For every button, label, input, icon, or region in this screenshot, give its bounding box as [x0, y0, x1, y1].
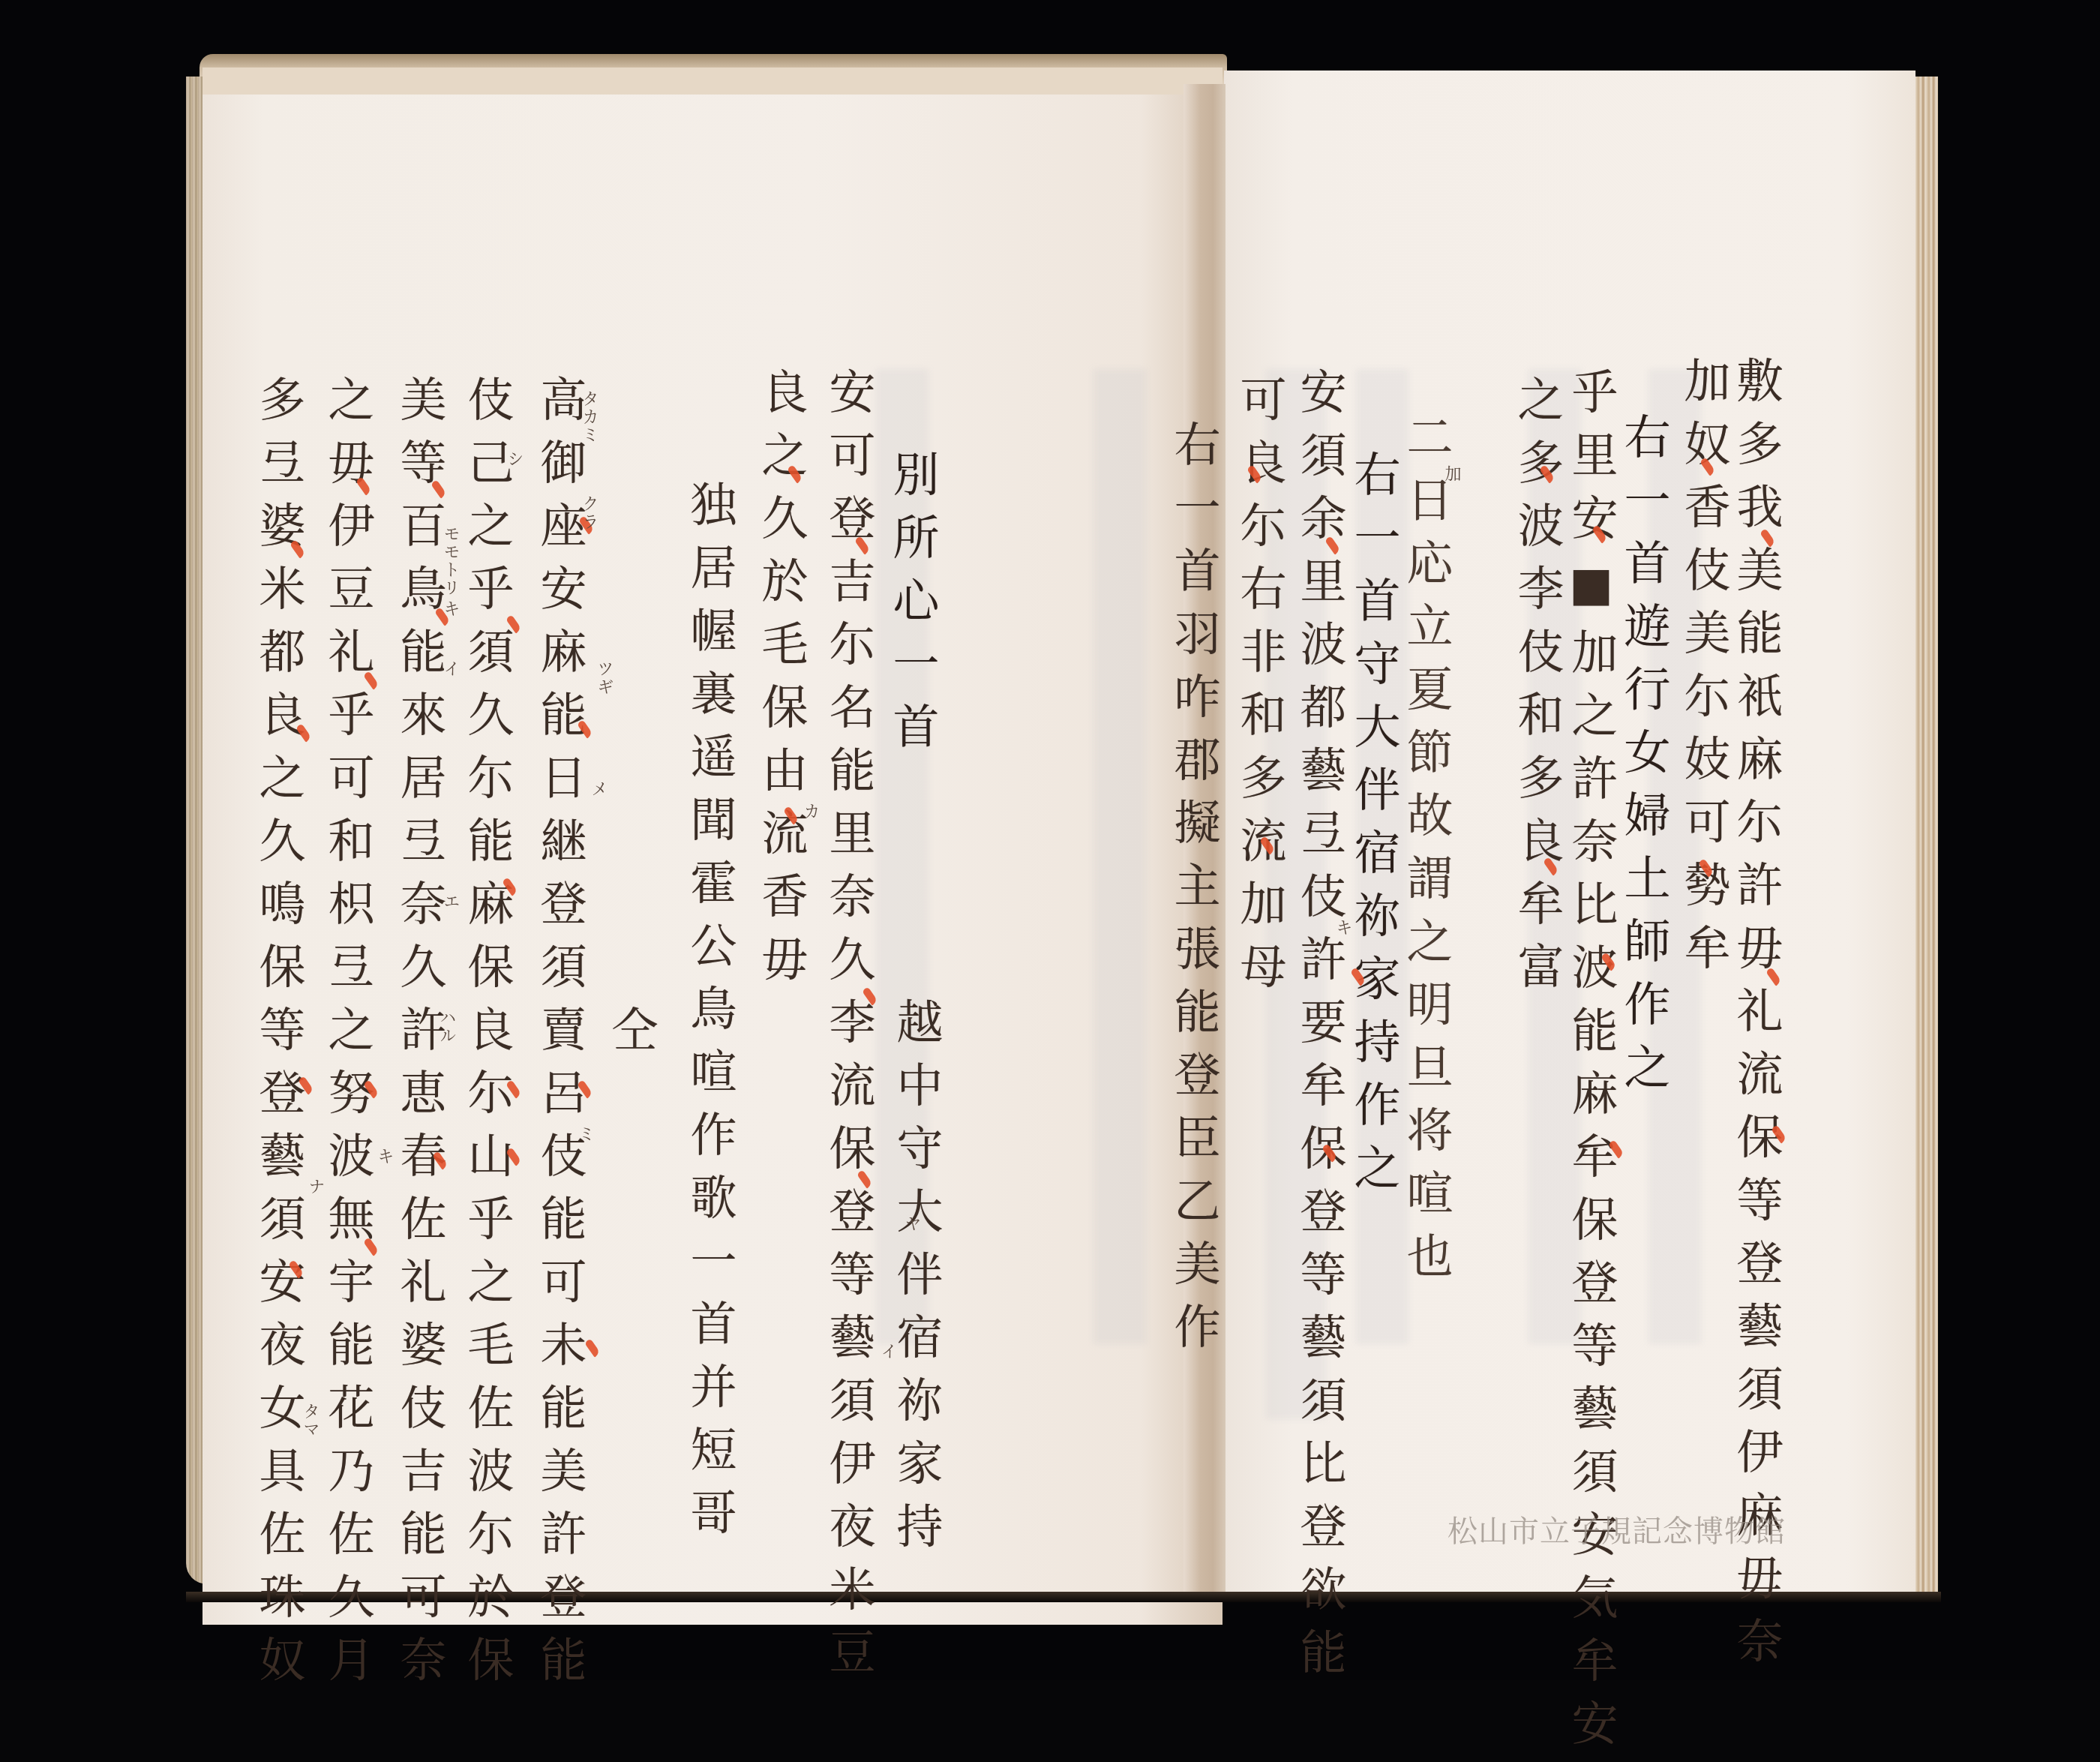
photo-background: 敷多我美能衹麻尓許毋礼流保等登藝須伊麻毋奈 加奴香伎美尓妓可勢牟 右一首遊行女婦… — [0, 0, 2100, 1680]
text-column: 加奴香伎美尓妓可勢牟 — [1680, 356, 1726, 986]
ruby-annotation: イ — [439, 660, 462, 678]
ruby-annotation: キ — [373, 1148, 396, 1166]
text-column: 乎里安■加之許奈比波能麻牟保登等藝須安気牟安 — [1567, 368, 1614, 1680]
text-column: 独居幄裏遥聞霍公鳥喧作歌一首并短哥 — [686, 480, 733, 1551]
ruby-annotation: イ — [876, 1343, 899, 1361]
ruby-annotation: モモトリ — [439, 525, 462, 597]
text-column: 右一首遊行女婦土師作之 — [1620, 413, 1666, 1106]
text-column: 安可登吉尓名能里奈久李流保登等藝須伊夜米豆 — [825, 368, 871, 1680]
text-column: 之毋伊豆礼乎可和枳弖之努波無宇能花乃佐久月 — [324, 375, 370, 1680]
right-fore-edge — [1915, 77, 1938, 1592]
ruby-annotation: ヤ — [900, 1215, 923, 1233]
ruby-annotation: ツギ — [592, 660, 616, 696]
text-column: 伎己之乎須久尓能麻保良尓山乎之毛佐波尓於保 — [463, 375, 510, 1680]
ruby-annotation: クラ — [577, 495, 601, 531]
text-column: 敷多我美能衹麻尓許毋礼流保等登藝須伊麻毋奈 — [1732, 356, 1779, 1679]
ruby-annotation: メ — [586, 780, 610, 798]
ruby-annotation: カ — [799, 803, 822, 821]
ruby-annotation: ハル — [435, 1009, 458, 1045]
text-column: 可良尓右非和多流加母 — [1236, 375, 1282, 1005]
ruby-annotation: ミ — [574, 1125, 597, 1143]
section-heading: 別所心一首 — [889, 450, 935, 765]
bottom-edge-shadow — [186, 1592, 1941, 1602]
author-line: 越中守大伴宿祢家持 — [892, 998, 939, 1565]
text-column: 之多波李伎和多良牟富 — [1513, 375, 1560, 1005]
text-column: 右一首守大伴宿祢家持作之 — [1350, 450, 1396, 1206]
ruby-annotation: キ — [1331, 919, 1354, 937]
text-column: 右一首羽咋郡擬主張能登臣乙美作 — [1170, 420, 1216, 1365]
text-column: 多弖婆米都良之久鳴保等登藝須安夜女具佐珠奴 — [255, 375, 301, 1680]
ruby-annotation: エ — [439, 893, 462, 911]
museum-watermark: 松山市立子規記念博物館 — [1447, 1508, 1786, 1550]
same-author-mark: 仝 — [607, 1005, 654, 1068]
ruby-annotation: 加 — [1440, 465, 1463, 483]
ruby-annotation: シ — [502, 450, 526, 468]
text-column: 安須余里波都藝弖伎許要牟保登等藝須比登欲能 — [1296, 368, 1342, 1680]
ruby-annotation: ナ — [304, 1178, 327, 1196]
ruby-annotation: タマ — [298, 1403, 322, 1439]
ruby-annotation: タカミ — [577, 390, 601, 444]
text-column: 高御座安麻能日継登須賣呂伎能可未能美許登能 — [536, 375, 583, 1680]
text-column: 良之久於毛保由流香毋 — [757, 368, 804, 998]
ink-bleed — [1093, 369, 1146, 1344]
text-column: 二日応立夏節故謂之明旦将喧也 — [1402, 413, 1449, 1295]
ruby-annotation: キ — [439, 600, 462, 618]
